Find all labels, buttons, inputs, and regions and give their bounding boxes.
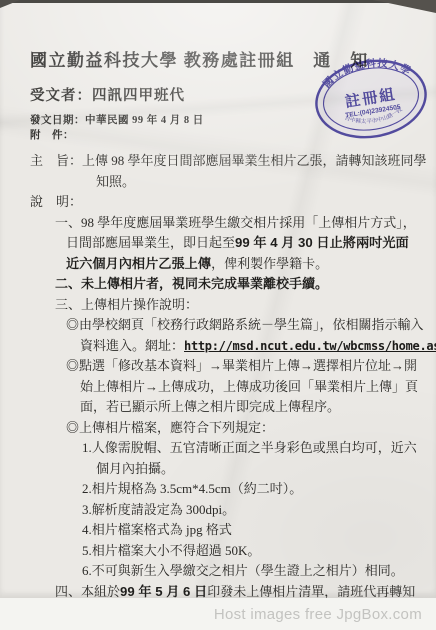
item1-line3-regular: ，俾利製作學籍卡。 (211, 256, 328, 271)
watermark-text: Host images free JpgBox.com (214, 606, 422, 623)
scan-top-edge (0, 0, 436, 3)
bullet1-line-2: 資料進入。網址：http://msd.ncut.edu.tw/wbcmss/ho… (30, 336, 418, 357)
recipient-value: 四訊四甲班代 (92, 88, 185, 104)
bullet2-line-1: ◎點選「修改基本資料」→畢業相片上傳→選擇相片位址→開 (30, 356, 418, 377)
item4-bold-date: 99 年 5 月 6 日 (120, 584, 207, 599)
item1-line3-bold: 近六個月內相片乙張上傳 (66, 256, 211, 271)
bullet3-heading: ◎上傳相片檔案，應符合下列規定： (30, 418, 418, 439)
subject-line-2: 知照。 (30, 172, 418, 193)
bullet1-line2-prefix: 資料進入。網址： (80, 338, 184, 353)
item2-line: 二、未上傳相片者，視同未完成畢業離校手續。 (30, 274, 418, 295)
rule3-line: 3.解析度請設定為 300dpi。 (30, 500, 418, 521)
item1-line-2: 日間部應屆畢業生，即日起至99 年 4 月 30 日止將兩吋光面 (30, 233, 418, 254)
bullet2-line-2: 始上傳相片→上傳成功，上傳成功後回「畢業相片上傳」頁 (30, 377, 418, 398)
bullet2-line-3: 面，若已顯示所上傳之相片即完成上傳程序。 (30, 397, 418, 418)
item1-line-3: 近六個月內相片乙張上傳，俾利製作學籍卡。 (30, 254, 418, 275)
recipient-label: 受文者： (30, 88, 92, 104)
item1-line2-regular: 日間部應屆畢業生，即日起至 (66, 235, 235, 250)
image-host-footer: Host images free JpgBox.com (0, 598, 436, 630)
explanation-label: 說 明： (30, 192, 418, 213)
subject-text-1: 上傳 98 學年度日間部應屆畢業生相片乙張，請轉知該班同學 (82, 153, 427, 168)
item3-heading: 三、上傳相片操作說明： (30, 295, 418, 316)
item4-prefix: 四、本組於 (55, 584, 120, 599)
rule2-line: 2.相片規格為 3.5cm*4.5cm（約二吋）。 (30, 479, 418, 500)
rule5-line: 5.相片檔案大小不得超過 50K。 (30, 541, 418, 562)
rule4-line: 4.相片檔案格式為 jpg 格式 (30, 520, 418, 541)
subject-line-1: 主 旨：上傳 98 學年度日間部應屆畢業生相片乙張，請轉知該班同學 (30, 151, 418, 172)
scan-corner-left (0, 0, 20, 8)
item1-line2-bold-date: 99 年 4 月 30 日止將兩吋光面 (235, 235, 409, 250)
notice-paper: 國立勤益科技大學 教務處註冊組 通 知 受文者：四訊四甲班代 發文日期：中華民國… (0, 0, 436, 598)
rule6-line: 6.不可與新生入學繳交之相片（學生證上之相片）相同。 (30, 561, 418, 582)
item1-line-1: 一、98 學年度應屆畢業班學生繳交相片採用「上傳相片方式」， (30, 213, 418, 234)
date-value: 中華民國 99 年 4 月 8 日 (85, 115, 204, 126)
subject-label: 主 旨： (30, 153, 82, 168)
upload-site-url: http://msd.ncut.edu.tw/wbcmss/home.asp (184, 339, 436, 353)
bullet1-line-1: ◎由學校網頁「校務行政網路系統－學生篇」，依相關指示輸入 (30, 315, 418, 336)
date-label: 發文日期： (30, 115, 85, 126)
scanned-notice-image: 國立勤益科技大學 教務處註冊組 通 知 受文者：四訊四甲班代 發文日期：中華民國… (0, 0, 436, 630)
rule1-line-1: 1.人像需脫帽、五官清晰正面之半身彩色或黑白均可，近六 (30, 438, 418, 459)
rule1-line-2: 個月內拍攝。 (30, 459, 418, 480)
item4-suffix: 印發未上傳相片清單，請班代再轉知 (207, 584, 415, 599)
notice-body: 主 旨：上傳 98 學年度日間部應屆畢業生相片乙張，請轉知該班同學 知照。 說 … (30, 151, 418, 623)
